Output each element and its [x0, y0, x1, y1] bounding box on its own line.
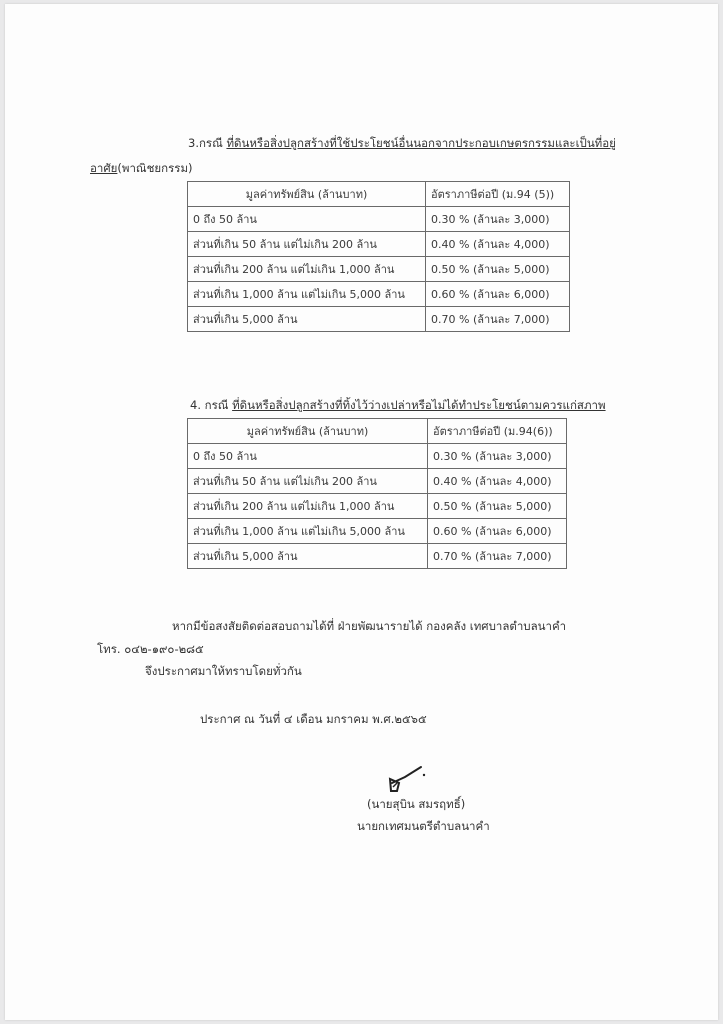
section3-title: ที่ดินหรือสิ่งปลูกสร้างที่ใช้ประโยชน์อื่…	[226, 136, 615, 150]
cell-rate: 0.60 % (ล้านละ 6,000)	[426, 282, 570, 307]
section3-title-cont: อาศัย	[90, 161, 117, 175]
table-header-row: มูลค่าทรัพย์สิน (ล้านบาท) อัตราภาษีต่อปี…	[188, 182, 570, 207]
table-row: ส่วนที่เกิน 5,000 ล้าน 0.70 % (ล้านละ 7,…	[188, 544, 567, 569]
section4-heading: 4. กรณี ที่ดินหรือสิ่งปลูกสร้างที่ทิ้งไว…	[190, 397, 606, 415]
header-property-value: มูลค่าทรัพย์สิน (ล้านบาท)	[188, 419, 428, 444]
table-row: ส่วนที่เกิน 200 ล้าน แต่ไม่เกิน 1,000 ล้…	[188, 494, 567, 519]
table-row: 0 ถึง 50 ล้าน 0.30 % (ล้านละ 3,000)	[188, 207, 570, 232]
signature-icon	[377, 761, 437, 801]
cell-range: ส่วนที่เกิน 1,000 ล้าน แต่ไม่เกิน 5,000 …	[188, 519, 428, 544]
section3-heading-cont: อาศัย(พาณิชยกรรม)	[90, 160, 193, 178]
cell-range: ส่วนที่เกิน 5,000 ล้าน	[188, 307, 426, 332]
table-row: ส่วนที่เกิน 1,000 ล้าน แต่ไม่เกิน 5,000 …	[188, 519, 567, 544]
cell-rate: 0.60 % (ล้านละ 6,000)	[428, 519, 567, 544]
section3-heading: 3.กรณี ที่ดินหรือสิ่งปลูกสร้างที่ใช้ประโ…	[188, 135, 616, 153]
signatory-position: นายกเทศมนตรีตำบลนาคำ	[357, 818, 490, 836]
announcement-line: จึงประกาศมาให้ทราบโดยทั่วกัน	[145, 663, 302, 681]
document-page: 3.กรณี ที่ดินหรือสิ่งปลูกสร้างที่ใช้ประโ…	[5, 4, 718, 1020]
cell-range: ส่วนที่เกิน 1,000 ล้าน แต่ไม่เกิน 5,000 …	[188, 282, 426, 307]
cell-range: 0 ถึง 50 ล้าน	[188, 444, 428, 469]
cell-range: ส่วนที่เกิน 200 ล้าน แต่ไม่เกิน 1,000 ล้…	[188, 257, 426, 282]
cell-range: ส่วนที่เกิน 5,000 ล้าน	[188, 544, 428, 569]
header-tax-rate: อัตราภาษีต่อปี (ม.94 (5))	[426, 182, 570, 207]
section4-title: ที่ดินหรือสิ่งปลูกสร้างที่ทิ้งไว้ว่างเปล…	[232, 398, 605, 412]
table-row: ส่วนที่เกิน 1,000 ล้าน แต่ไม่เกิน 5,000 …	[188, 282, 570, 307]
section3-number: 3.กรณี	[188, 136, 226, 150]
table-row: ส่วนที่เกิน 50 ล้าน แต่ไม่เกิน 200 ล้าน …	[188, 232, 570, 257]
phone-number: โทร. ๐๔๒-๑๙๐-๒๘๕	[97, 641, 204, 659]
table-row: ส่วนที่เกิน 5,000 ล้าน 0.70 % (ล้านละ 7,…	[188, 307, 570, 332]
cell-rate: 0.30 % (ล้านละ 3,000)	[428, 444, 567, 469]
cell-rate: 0.70 % (ล้านละ 7,000)	[426, 307, 570, 332]
cell-rate: 0.50 % (ล้านละ 5,000)	[426, 257, 570, 282]
announcement-date: ประกาศ ณ วันที่ ๔ เดือน มกราคม พ.ศ.๒๕๖๕	[200, 711, 427, 729]
tax-rate-table-commercial: มูลค่าทรัพย์สิน (ล้านบาท) อัตราภาษีต่อปี…	[187, 181, 570, 332]
cell-rate: 0.40 % (ล้านละ 4,000)	[428, 469, 567, 494]
table-row: 0 ถึง 50 ล้าน 0.30 % (ล้านละ 3,000)	[188, 444, 567, 469]
header-property-value: มูลค่าทรัพย์สิน (ล้านบาท)	[188, 182, 426, 207]
cell-range: ส่วนที่เกิน 50 ล้าน แต่ไม่เกิน 200 ล้าน	[188, 232, 426, 257]
cell-rate: 0.70 % (ล้านละ 7,000)	[428, 544, 567, 569]
section3-suffix: (พาณิชยกรรม)	[117, 161, 192, 175]
contact-line: หากมีข้อสงสัยติดต่อสอบถามได้ที่ ฝ่ายพัฒน…	[172, 618, 566, 636]
cell-range: ส่วนที่เกิน 200 ล้าน แต่ไม่เกิน 1,000 ล้…	[188, 494, 428, 519]
cell-rate: 0.50 % (ล้านละ 5,000)	[428, 494, 567, 519]
tax-rate-table-vacant: มูลค่าทรัพย์สิน (ล้านบาท) อัตราภาษีต่อปี…	[187, 418, 567, 569]
header-tax-rate: อัตราภาษีต่อปี (ม.94(6))	[428, 419, 567, 444]
table-row: ส่วนที่เกิน 50 ล้าน แต่ไม่เกิน 200 ล้าน …	[188, 469, 567, 494]
cell-rate: 0.40 % (ล้านละ 4,000)	[426, 232, 570, 257]
cell-range: 0 ถึง 50 ล้าน	[188, 207, 426, 232]
cell-rate: 0.30 % (ล้านละ 3,000)	[426, 207, 570, 232]
table-row: ส่วนที่เกิน 200 ล้าน แต่ไม่เกิน 1,000 ล้…	[188, 257, 570, 282]
table-header-row: มูลค่าทรัพย์สิน (ล้านบาท) อัตราภาษีต่อปี…	[188, 419, 567, 444]
cell-range: ส่วนที่เกิน 50 ล้าน แต่ไม่เกิน 200 ล้าน	[188, 469, 428, 494]
section4-number: 4. กรณี	[190, 398, 232, 412]
signatory-name: (นายสุบิน สมรฤทธิ์)	[367, 796, 465, 814]
